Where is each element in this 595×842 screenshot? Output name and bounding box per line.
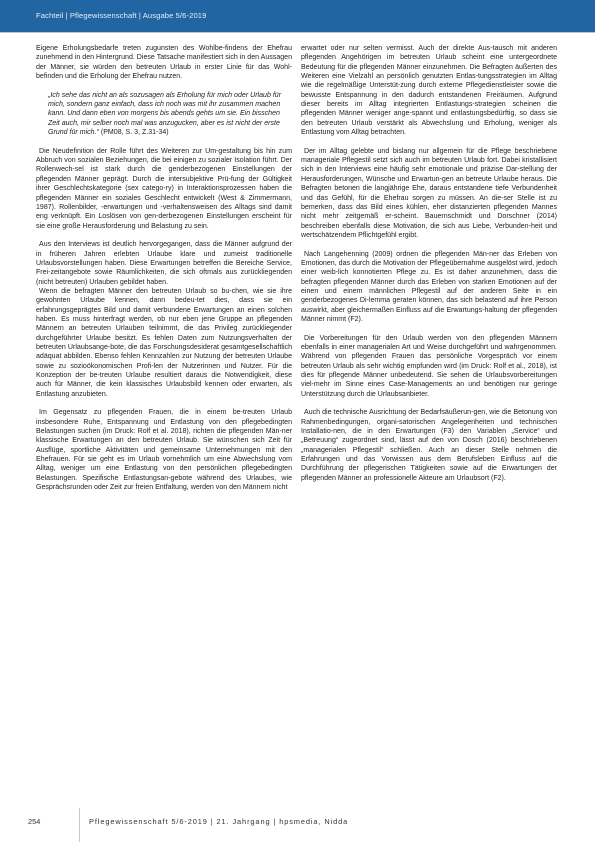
paragraph: Im Gegensatz zu pflegenden Frauen, die i… (36, 408, 292, 492)
interview-quote: „Ich sehe das nicht an als sozusagen als… (48, 91, 292, 138)
left-column: Eigene Erholungsbedarfe treten zugunsten… (36, 44, 292, 502)
running-title: Fachteil | Pflegewissenschaft | Ausgabe … (36, 11, 206, 20)
journal-info: Pflegewissenschaft 5/6-2019 | 21. Jahrga… (89, 817, 348, 826)
footer-divider (79, 808, 80, 842)
running-header: Fachteil | Pflegewissenschaft | Ausgabe … (0, 0, 595, 33)
paragraph: Auch die technische Ausrichtung der Beda… (301, 408, 557, 483)
page-number: 254 (28, 817, 40, 826)
page-footer: 254 Pflegewissenschaft 5/6-2019 | 21. Ja… (0, 806, 595, 842)
paragraph: Nach Langehenning (2009) ordnen die pfle… (301, 250, 557, 325)
paragraph: Eigene Erholungsbedarfe treten zugunsten… (36, 44, 292, 81)
quote-citation: (PM08, S. 3, Z.31-34) (99, 129, 169, 136)
paragraph: Aus den Interviews ist deutlich hervorge… (36, 240, 292, 287)
paragraph: Wenn die befragten Männer den betreuten … (36, 287, 292, 399)
paragraph: Die Vorbereitungen für den Urlaub werden… (301, 334, 557, 399)
right-column: erwartet oder nur selten vermisst. Auch … (301, 44, 557, 493)
paragraph: Der im Alltag gelebte und bislang nur al… (301, 147, 557, 240)
paragraph: Die Neudefinition der Rolle führt des We… (36, 147, 292, 231)
paragraph: erwartet oder nur selten vermisst. Auch … (301, 44, 557, 137)
